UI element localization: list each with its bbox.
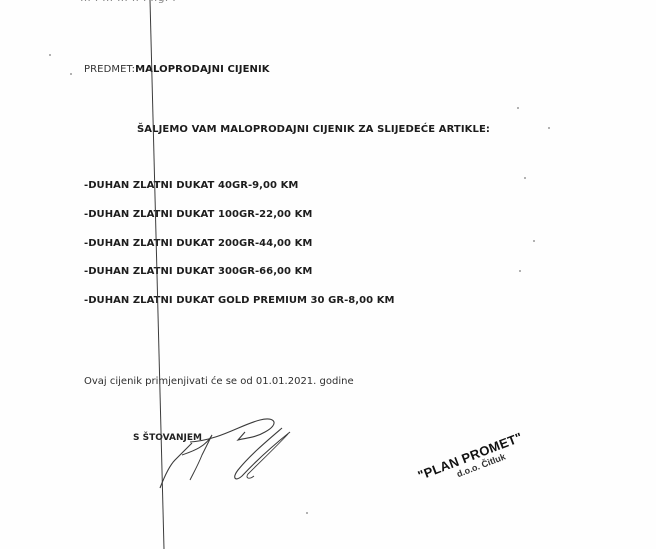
handwritten-signature [150,410,300,490]
intro-heading: ŠALJEMO VAM MALOPRODAJNI CIJENIK ZA SLIJ… [137,124,490,135]
subject-value: MALOPRODAJNI CIJENIK [135,64,270,75]
price-list-item: -DUHAN ZLATNI DUKAT 100GR-22,00 KM [84,209,395,238]
price-list-item: -DUHAN ZLATNI DUKAT 200GR-44,00 KM [84,238,395,267]
scan-speck [519,270,521,272]
scan-speck [70,73,72,75]
scanned-document-page: ... . ... ... .. . ..g. . PREDMET:MALOPR… [0,0,656,549]
subject-label: PREDMET: [84,64,135,75]
price-list-item: -DUHAN ZLATNI DUKAT 40GR-9,00 KM [84,180,395,209]
price-list: -DUHAN ZLATNI DUKAT 40GR-9,00 KM -DUHAN … [84,180,395,324]
subject-line: PREDMET:MALOPRODAJNI CIJENIK [84,64,270,75]
validity-note: Ovaj cijenik primjenjivati će se od 01.0… [84,376,354,387]
closing-salutation: S ŠTOVANJEM [133,433,202,443]
price-list-item: -DUHAN ZLATNI DUKAT 300GR-66,00 KM [84,266,395,295]
scan-speck [548,127,550,129]
company-stamp: "PLAN PROMET" d.o.o. Čitluk [416,430,528,492]
scan-speck [524,177,526,179]
cut-off-header-text: ... . ... ... .. . ..g. . [80,0,176,4]
scan-speck [306,512,308,514]
scan-speck [49,54,51,56]
scan-speck [533,240,535,242]
price-list-item: -DUHAN ZLATNI DUKAT GOLD PREMIUM 30 GR-8… [84,295,395,324]
scan-speck [517,107,519,109]
